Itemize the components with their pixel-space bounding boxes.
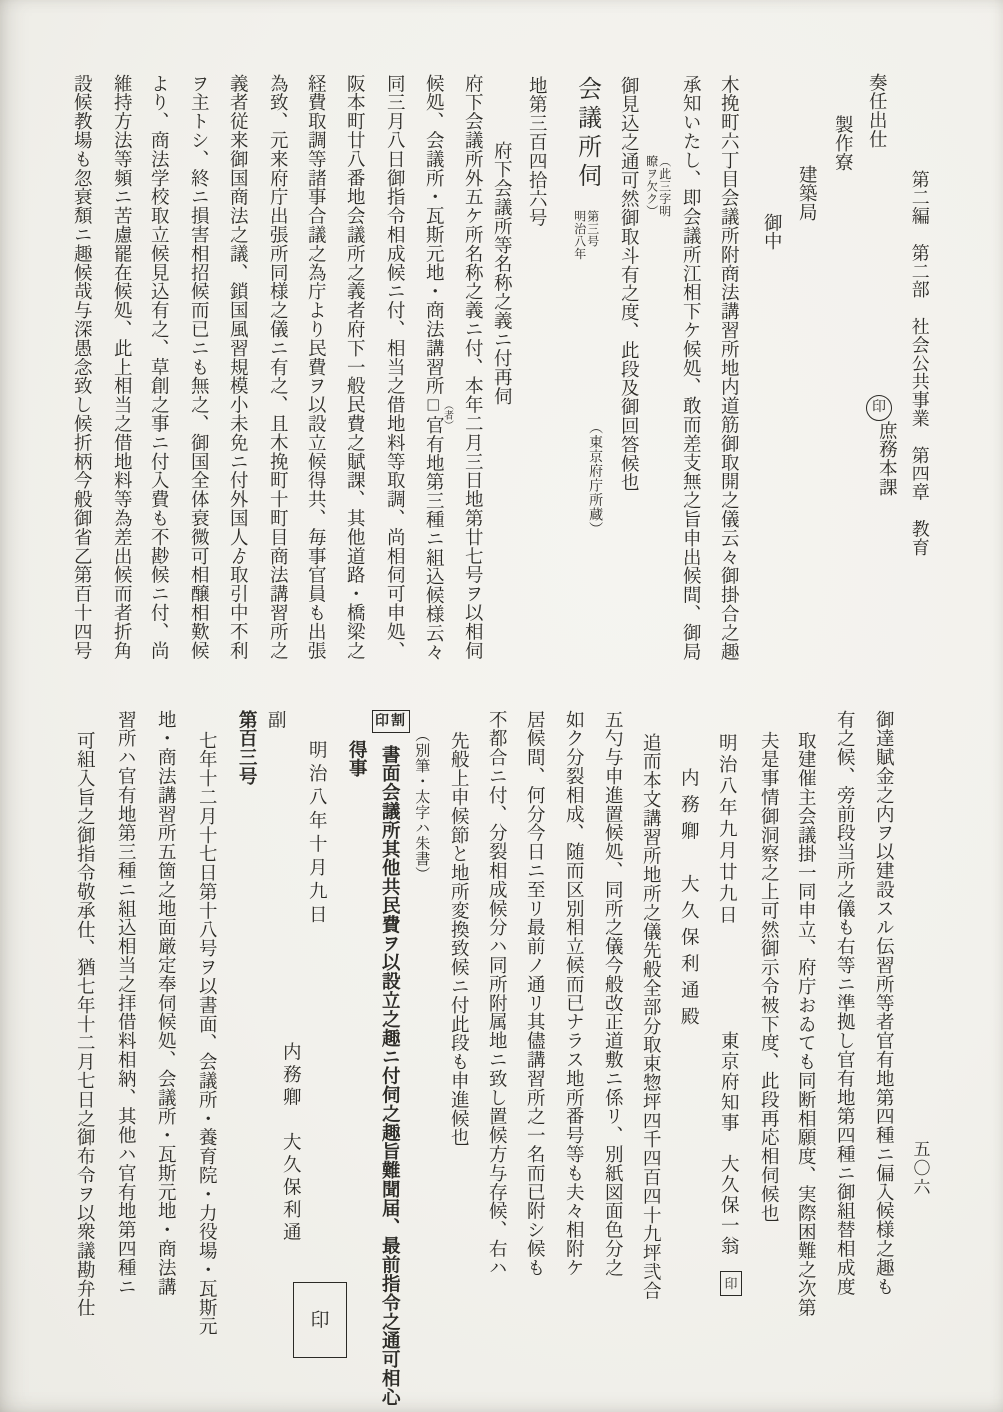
body-line: 七年十二月十七日第十八号ヲ以書面、会議所・養育院・力役場・瓦斯元	[195, 731, 216, 1336]
date-line: 明治八年九月廿九日	[715, 733, 736, 927]
body-line: 如ク分裂相成、随而区別相立候而已ナラス地所番号等も夫々相附ケ	[562, 710, 583, 1277]
directive-bold-line: 得事	[345, 740, 366, 778]
body-line: 居候間、何分今日ニ至リ最前ノ通リ其儘講習所之一名而已附シ候も	[523, 710, 544, 1277]
body-line: 御達賦金之内ヲ以建設スル伝習所等者官有地第四種ニ偏入候様之趣も	[872, 710, 893, 1296]
addressee-line: 内務卿 大久保利通殿	[677, 768, 698, 1033]
running-header: 第二編 第二部 社会公共事業 第四章 教育	[909, 170, 930, 556]
date-line: 明治八年十月九日	[305, 740, 326, 928]
body-line: 阪本町廿八番地会議所之義者府下一般民費之賦課、其他道路・橋梁之	[343, 74, 364, 660]
body-line: ヲ主トシ、終ニ損害相招候而已ニも無之、御国全体衰微可相醸相歎候	[187, 74, 208, 660]
doc-number-bold: 第百三号	[235, 710, 256, 786]
body-line: 同三月八日御指令相成候ニ付、相当之借地料等取調、尚相伺可申処、	[383, 74, 404, 660]
warichu-note-left: 瞭ヲ欠ク︶	[644, 155, 658, 218]
body-line: より、商法学校取立候見込有之、草創之事ニ付入費も不尠候ニ付、尚	[147, 74, 168, 660]
body-line: 地・商法講習所五箇之地面厳定奉伺候処、会議所・瓦斯元地・商法講	[154, 710, 175, 1296]
body-line: 設候教場も忽衰頽ニ趣候哉与深愚念致し候折柄今般御省乙第百十四号	[70, 74, 91, 660]
body-line: 経費取調等諸事合議之為庁より民費ヲ以設立候得共、毎事官員も出張	[304, 74, 325, 660]
body-line: 不都合ニ付、分裂相成候分ハ同所附属地ニ致し置候方与存候、右ハ	[485, 710, 506, 1277]
body-line: 候処、会議所・瓦斯元地・商法講習所□官有地第三種ニ組込候様云々	[422, 74, 443, 661]
seal-circle-in: 印	[866, 395, 892, 421]
body-line: 先般上申候節と地所変換致候ニ付此段も申進候也	[447, 731, 468, 1147]
doc-heading: 会議所伺	[572, 76, 600, 192]
body-line: 御見込之通可然御取斗有之度、此段及御回答候也	[617, 76, 638, 492]
body-line: 義者従来御国商法之議、鎖国風習規模小未免ニ付外国人ゟ取引中不利	[226, 74, 247, 660]
doc-subject: 府下会議所等名称之義ニ付再伺	[490, 141, 511, 406]
doc-heading-note-left: 明治八年	[572, 210, 586, 260]
doc-heading-note-right: 第三号	[585, 210, 599, 248]
body-line: 取建催主会議掛一同申立、府庁おゐても同断相願度、実際困難之次第	[794, 731, 815, 1317]
seal-box-ichio: 印	[720, 1271, 742, 1296]
page-number: 五〇六	[910, 1140, 930, 1197]
doc-number: 地第三百四拾六号	[525, 76, 546, 227]
red-ink-note: ︵別筆・太字ハ朱書︶	[412, 727, 429, 882]
appointment-line: 奏任出仕	[865, 73, 886, 149]
seal-label-warijirushi: 印割	[372, 710, 410, 733]
body-line: 五勺与申進置候処、同所之儀今般改正道敷ニ係リ、別紙図面色分之	[601, 710, 622, 1277]
seal-box-toshimichi: 印	[293, 1282, 347, 1358]
body-line: 夫是事情御洞察之上可然御示令被下度、此段再応相伺候也	[757, 731, 778, 1222]
body-line: 為致、元来府庁出張所同様之儀ニ有之、且木挽町十町目商法講習所之	[266, 74, 287, 660]
copy-mark: 副	[264, 710, 285, 729]
body-line: 承知いたし、即会議所江相下ケ候処、敢而差支無之旨申出候間、御局	[679, 75, 700, 661]
body-line: 習所ハ官有地第三種ニ組込相当之拝借料相納、其他ハ官有地第四種ニ	[114, 710, 135, 1296]
body-line: 可組入旨之御指令敬承仕、猶七年十二月七日之御布令ヲ以衆議勘弁仕	[73, 731, 94, 1317]
signer-line: 内務卿 大久保利通	[279, 1042, 300, 1245]
signer-line: 東京府知事 大久保一翁	[717, 1031, 738, 1257]
warichu-note-right: ︵此三字明	[657, 155, 671, 218]
sender-bureau: 製作寮	[831, 115, 852, 172]
directive-bold-line: 書面会議所其他共民費ヲ以設立之趣ニ付伺之趣旨難聞届、最前指令之通可相心	[378, 745, 399, 1407]
recipient-bureau: 建築局	[795, 165, 816, 222]
sha-side-note: ︵者︶	[441, 400, 453, 430]
section-office: 庶務本課	[875, 421, 896, 497]
body-line: 木挽町六丁目会議所附商法講習所地内道筋御取開之儀云々御掛合之趣	[717, 75, 738, 661]
body-line: 府下会議所外五ケ所名称之義ニ付、本年二月三日地第廿七号ヲ以相伺	[461, 74, 482, 660]
recipient-honorific: 御中	[760, 213, 781, 251]
body-line: 維持方法等頻ニ苦慮罷在候処、此上相当之借地料等為差出候而者折角	[110, 74, 131, 660]
body-line: 有之候、旁前段当所之儀も右等ニ準拠し官有地第四種ニ御組替相成度	[833, 710, 854, 1296]
archive-note: ︵東京府庁所蔵︶	[586, 420, 602, 536]
page: 第二編 第二部 社会公共事業 第四章 教育庶務本課奏任出仕製作寮建築局御中木挽町…	[0, 0, 1003, 1412]
body-line: 追而本文講習所地所之儀先般全部分取束惣坪四千四百四十九坪弐合	[639, 733, 660, 1300]
